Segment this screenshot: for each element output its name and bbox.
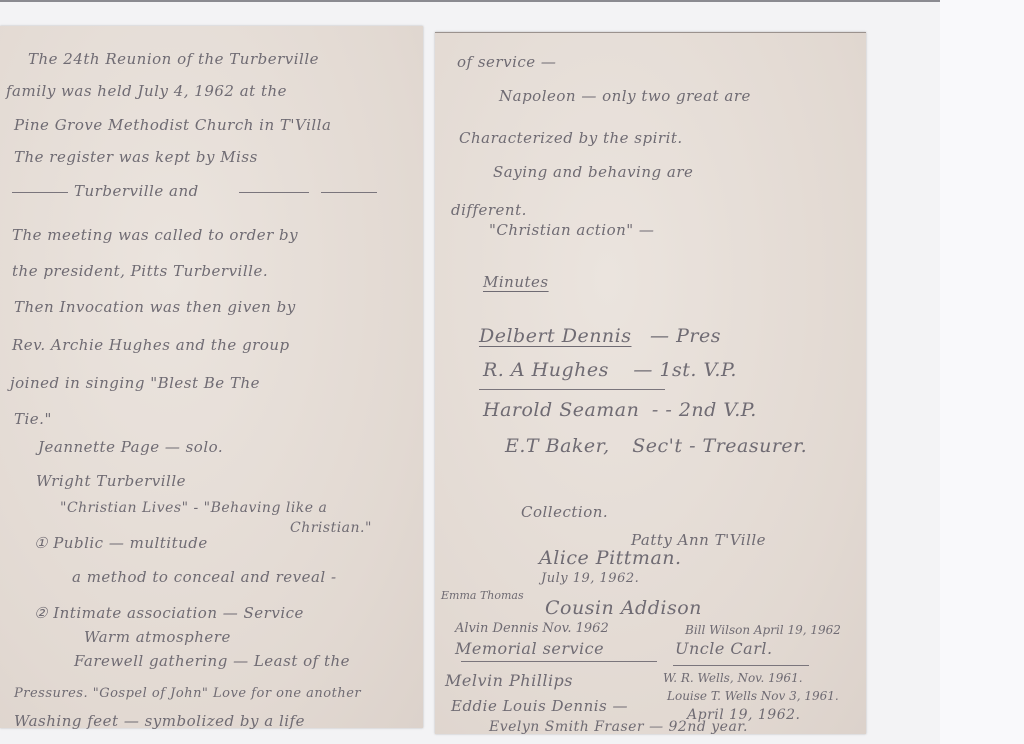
- text-line: of service —: [457, 53, 556, 71]
- officer-name: E.T Baker,: [505, 435, 610, 457]
- text-line: Alice Pittman.: [539, 547, 682, 569]
- text-line: Eddie Louis Dennis —: [451, 697, 628, 715]
- text-line: Pine Grove Methodist Church in T'Villa: [14, 116, 331, 134]
- scanner-background: [940, 0, 1024, 744]
- text-line: Characterized by the spirit.: [459, 129, 683, 147]
- text-line: Bill Wilson April 19, 1962: [685, 623, 841, 637]
- officer-name: R. A Hughes: [483, 359, 609, 381]
- underline: [461, 661, 657, 662]
- text-line: joined in singing "Blest Be The: [10, 374, 260, 392]
- officer-row: Harold Seaman - - 2nd V.P.: [483, 399, 757, 421]
- right-page: of service — Napoleon — only two great a…: [435, 32, 866, 734]
- text-line: ① Public — multitude: [34, 534, 208, 552]
- text-line: Melvin Phillips: [445, 671, 573, 690]
- blank-line: [239, 192, 309, 193]
- officer-role: — 1st. V.P.: [633, 359, 737, 381]
- officer-row: Delbert Dennis — Pres: [479, 325, 721, 347]
- collection-label: Collection.: [521, 503, 608, 521]
- text-fragment: ① Public — multitude: [34, 534, 208, 552]
- text-line: "Christian Lives" - "Behaving like a: [60, 500, 327, 516]
- officer-row: E.T Baker, Sec't - Treasurer.: [505, 435, 807, 457]
- underline: [479, 389, 665, 390]
- officer-role: — Pres: [650, 325, 721, 347]
- text-line: Farewell gathering — Least of the: [74, 652, 350, 670]
- text-line: Saying and behaving are: [493, 163, 693, 181]
- text-line: The 24th Reunion of the Turberville: [28, 50, 319, 68]
- officer-role: Sec't - Treasurer.: [632, 435, 807, 457]
- text-line: Napoleon — only two great are: [499, 87, 751, 105]
- text-line: Jeannette Page — solo.: [38, 438, 223, 456]
- officer-role: - - 2nd V.P.: [652, 399, 757, 421]
- officer-name: Delbert Dennis: [479, 325, 632, 347]
- text-line: Then Invocation was then given by: [14, 298, 296, 316]
- left-page: The 24th Reunion of the Turberville fami…: [0, 26, 423, 728]
- scan-edge: [0, 0, 940, 2]
- text-line: W. R. Wells, Nov. 1961.: [663, 671, 803, 685]
- text-line: different.: [451, 201, 527, 219]
- text-line: The meeting was called to order by: [12, 226, 298, 244]
- blank-line: [321, 192, 377, 193]
- text-line: ② Intimate association — Service: [34, 604, 304, 622]
- text-line: Wright Turberville: [36, 472, 186, 490]
- text-line: Christian.": [290, 520, 372, 536]
- minutes-heading: Minutes: [483, 273, 549, 291]
- text-fragment: Turberville and: [74, 182, 199, 200]
- text-line: "Christian action" —: [489, 221, 654, 239]
- text-line: Washing feet — symbolized by a life: [14, 712, 305, 730]
- text-line: Uncle Carl.: [675, 639, 773, 658]
- text-line: the president, Pitts Turberville.: [12, 262, 268, 280]
- text-line: Tie.": [14, 410, 52, 428]
- text-line: The register was kept by Miss: [14, 148, 258, 166]
- text-line: a method to conceal and reveal -: [72, 568, 337, 586]
- text-line: Emma Thomas: [441, 589, 524, 602]
- text-line: Warm atmosphere: [84, 628, 231, 646]
- text-line: Turberville and: [6, 182, 383, 200]
- text-line: Rev. Archie Hughes and the group: [12, 336, 290, 354]
- text-line: Alvin Dennis Nov. 1962: [455, 621, 609, 636]
- underline: [673, 665, 809, 666]
- text-line: July 19, 1962.: [541, 571, 639, 586]
- text-line: family was held July 4, 1962 at the: [6, 82, 287, 100]
- officer-name: Harold Seaman: [483, 399, 639, 421]
- officer-row: R. A Hughes — 1st. V.P.: [483, 359, 737, 381]
- text-line: Evelyn Smith Fraser — 92nd year.: [489, 719, 748, 735]
- text-line: Louise T. Wells Nov 3, 1961.: [667, 689, 839, 703]
- text-line: Cousin Addison: [545, 597, 702, 619]
- blank-line: [12, 192, 68, 193]
- text-line: Memorial service: [455, 639, 604, 658]
- text-line: Pressures. "Gospel of John" Love for one…: [14, 686, 361, 701]
